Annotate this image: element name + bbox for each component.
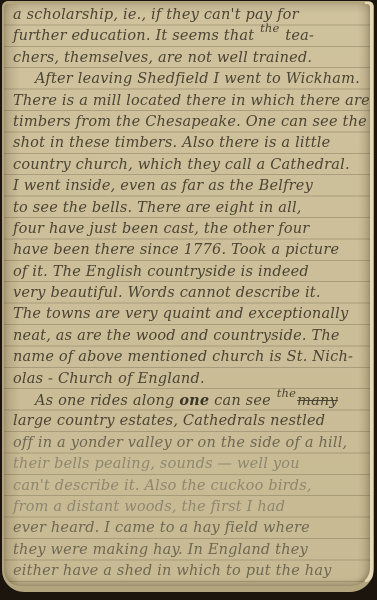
text-line: The towns are very quaint and exceptiona…: [13, 304, 368, 325]
text-segment: four have just been cast, the other four: [13, 221, 309, 237]
text-line: very beautiful. Words cannot describe it…: [13, 283, 368, 304]
text-line: a scholarship, ie., if they can't pay fo…: [13, 5, 368, 26]
emphasized-word: one: [179, 392, 209, 409]
struck-out-word: many: [297, 393, 338, 409]
text-segment: off in a yonder valley or on the side of…: [13, 435, 347, 451]
text-line: their bells pealing, sounds — well you: [13, 454, 368, 475]
text-segment: There is a mill located there in which t…: [13, 93, 370, 109]
text-segment: olas - Church of England.: [13, 371, 205, 387]
text-line: country church, which they call a Cathed…: [13, 155, 368, 176]
text-segment: large country estates, Cathedrals nestle…: [13, 413, 325, 429]
journal-photo: a scholarship, ie., if they can't pay fo…: [0, 0, 377, 600]
text-segment: have been there since 1776. Took a pictu…: [13, 242, 339, 258]
text-segment: their bells pealing, sounds — well you: [13, 456, 300, 472]
inserted-word: the: [277, 386, 296, 400]
text-segment: can see: [209, 393, 275, 409]
text-segment: of it. The English countryside is indeed: [13, 264, 309, 280]
text-line: of it. The English countryside is indeed: [13, 262, 368, 283]
text-line: from a distant woods, the first I had: [13, 497, 368, 518]
text-segment: very beautiful. Words cannot describe it…: [13, 285, 321, 301]
text-segment: can't describe it. Also the cuckoo birds…: [13, 478, 312, 494]
inserted-word: the: [260, 21, 279, 35]
text-line: ever heard. I came to a hay field where: [13, 518, 368, 539]
text-segment: name of above mentioned church is St. Ni…: [13, 349, 353, 365]
text-segment: timbers from the Chesapeake. One can see…: [13, 114, 367, 130]
text-segment: I went inside, even as far as the Belfre…: [13, 178, 313, 194]
text-line: either have a shed in which to put the h…: [13, 561, 368, 582]
text-line: chers, themselves, are not well trained.: [13, 48, 368, 69]
text-line: I went inside, even as far as the Belfre…: [13, 176, 368, 197]
text-line: There is a mill located there in which t…: [13, 91, 368, 112]
text-segment: neat, as are the wood and countryside. T…: [13, 328, 340, 344]
text-line: neat, as are the wood and countryside. T…: [13, 326, 368, 347]
text-line: After leaving Shedfield I went to Wickha…: [13, 69, 368, 90]
text-line: As one rides along one can see themany: [13, 390, 368, 411]
journal-page: a scholarship, ie., if they can't pay fo…: [4, 4, 370, 586]
text-segment: ever heard. I came to a hay field where: [13, 520, 310, 536]
text-line: shot in these timbers. Also there is a l…: [13, 133, 368, 154]
text-segment: After leaving Shedfield I went to Wickha…: [35, 71, 360, 87]
text-segment: The towns are very quaint and exceptiona…: [13, 306, 348, 322]
text-line: further education. It seems that the tea…: [13, 26, 368, 47]
text-segment: country church, which they call a Cathed…: [13, 157, 350, 173]
text-line: they were making hay. In England they: [13, 540, 368, 561]
text-segment: tea-: [281, 28, 315, 44]
text-segment: chers, themselves, are not well trained.: [13, 50, 312, 66]
text-segment: As one rides along: [35, 393, 179, 409]
text-line: name of above mentioned church is St. Ni…: [13, 347, 368, 368]
text-segment: shot in these timbers. Also there is a l…: [13, 135, 330, 151]
text-line: have been there since 1776. Took a pictu…: [13, 240, 368, 261]
text-line: olas - Church of England.: [13, 369, 368, 390]
text-segment: they were making hay. In England they: [13, 542, 308, 558]
text-segment: to see the bells. There are eight in all…: [13, 200, 302, 216]
text-segment: a scholarship, ie., if they can't pay fo…: [13, 7, 299, 23]
text-segment: either have a shed in which to put the h…: [13, 563, 332, 579]
text-segment: further education. It seems that: [13, 28, 259, 44]
text-segment: from a distant woods, the first I had: [13, 499, 285, 515]
text-line: to see the bells. There are eight in all…: [13, 198, 368, 219]
text-line: four have just been cast, the other four: [13, 219, 368, 240]
text-line: can't describe it. Also the cuckoo birds…: [13, 476, 368, 497]
text-line: timbers from the Chesapeake. One can see…: [13, 112, 368, 133]
text-line: off in a yonder valley or on the side of…: [13, 433, 368, 454]
text-line: large country estates, Cathedrals nestle…: [13, 411, 368, 432]
handwritten-text: a scholarship, ie., if they can't pay fo…: [4, 4, 370, 586]
